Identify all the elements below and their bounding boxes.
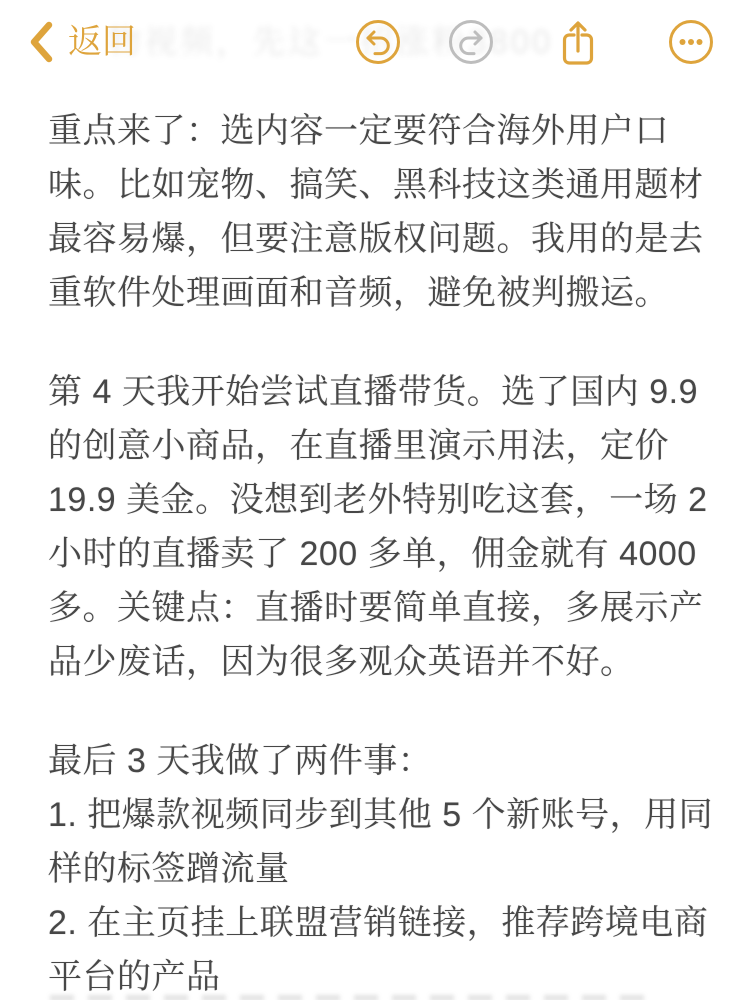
note-paragraph-1: 重点来了：选内容一定要符合海外用户口 味。比如宠物、搞笑、黑科技这类通用题材 最… xyxy=(48,104,714,320)
undo-icon xyxy=(355,19,401,65)
more-options-button[interactable] xyxy=(668,19,714,65)
share-icon xyxy=(555,16,601,70)
notes-app-screen: 物视频，先这一招涨粉3800 返回 xyxy=(0,0,750,1000)
undo-button[interactable] xyxy=(355,19,401,65)
share-button[interactable] xyxy=(555,16,601,70)
note-body[interactable]: 重点来了：选内容一定要符合海外用户口 味。比如宠物、搞笑、黑科技这类通用题材 最… xyxy=(0,88,750,1000)
back-button[interactable]: 返回 xyxy=(26,20,136,64)
ellipsis-circle-icon xyxy=(668,19,714,65)
redo-icon xyxy=(448,19,494,65)
clipped-next-line xyxy=(50,995,650,1000)
note-paragraph-2: 第 4 天我开始尝试直播带货。选了国内 9.9 的创意小商品，在直播里演示用法，… xyxy=(48,365,714,689)
chevron-left-icon xyxy=(26,20,54,64)
redo-button[interactable] xyxy=(448,19,494,65)
back-button-label: 返回 xyxy=(68,20,136,64)
note-paragraph-3: 最后 3 天我做了两件事： 1. 把爆款视频同步到其他 5 个新账号，用同 样的… xyxy=(48,734,714,1000)
toolbar: 物视频，先这一招涨粉3800 返回 xyxy=(0,0,750,88)
